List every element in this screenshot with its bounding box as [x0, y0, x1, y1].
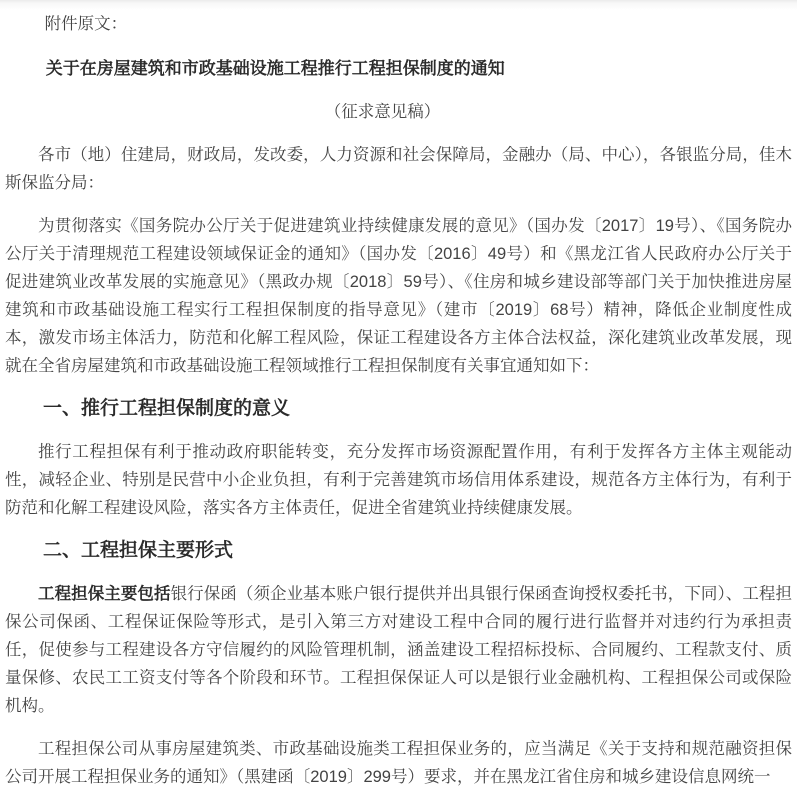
section-1-paragraph-1: 推行工程担保有利于推动政府职能转变，充分发挥市场资源配置作用，有利于发挥各方主体…	[5, 438, 792, 522]
section-2-paragraph-2-text: 工程担保公司从事房屋建筑类、市政基础设施类工程担保业务的，应当满足《关于支持和规…	[5, 740, 792, 786]
document-page: 附件原文： 关于在房屋建筑和市政基础设施工程推行工程担保制度的通知 （征求意见稿…	[0, 0, 797, 800]
section-1-heading: 一、推行工程担保制度的意义	[5, 395, 792, 423]
document-subtitle: （征求意见稿）	[5, 98, 792, 126]
section-1-paragraph-1-text: 推行工程担保有利于推动政府职能转变，充分发挥市场资源配置作用，有利于发挥各方主体…	[5, 443, 792, 517]
salutation-paragraph: 各市（地）住建局，财政局，发改委，人力资源和社会保障局，金融办（局、中心），各银…	[5, 141, 792, 197]
document-title: 关于在房屋建筑和市政基础设施工程推行工程担保制度的通知	[5, 55, 792, 83]
section-2-paragraph-2: 工程担保公司从事房屋建筑类、市政基础设施类工程担保业务的，应当满足《关于支持和规…	[5, 735, 792, 791]
attachment-label: 附件原文：	[5, 10, 792, 38]
section-2-paragraph-1-text: 银行保函（须企业基本账户银行提供并出具银行保函查询授权委托书，下同）、工程担保公…	[5, 585, 792, 715]
intro-paragraph: 为贯彻落实《国务院办公厅关于促进建筑业持续健康发展的意见》（国办发〔2017〕1…	[5, 212, 792, 380]
section-2-paragraph-1-lead: 工程担保主要包括	[38, 585, 171, 603]
notice-article: 附件原文： 关于在房屋建筑和市政基础设施工程推行工程担保制度的通知 （征求意见稿…	[0, 0, 797, 791]
section-2-paragraph-1: 工程担保主要包括银行保函（须企业基本账户银行提供并出具银行保函查询授权委托书，下…	[5, 580, 792, 720]
section-2-heading: 二、工程担保主要形式	[5, 537, 792, 565]
